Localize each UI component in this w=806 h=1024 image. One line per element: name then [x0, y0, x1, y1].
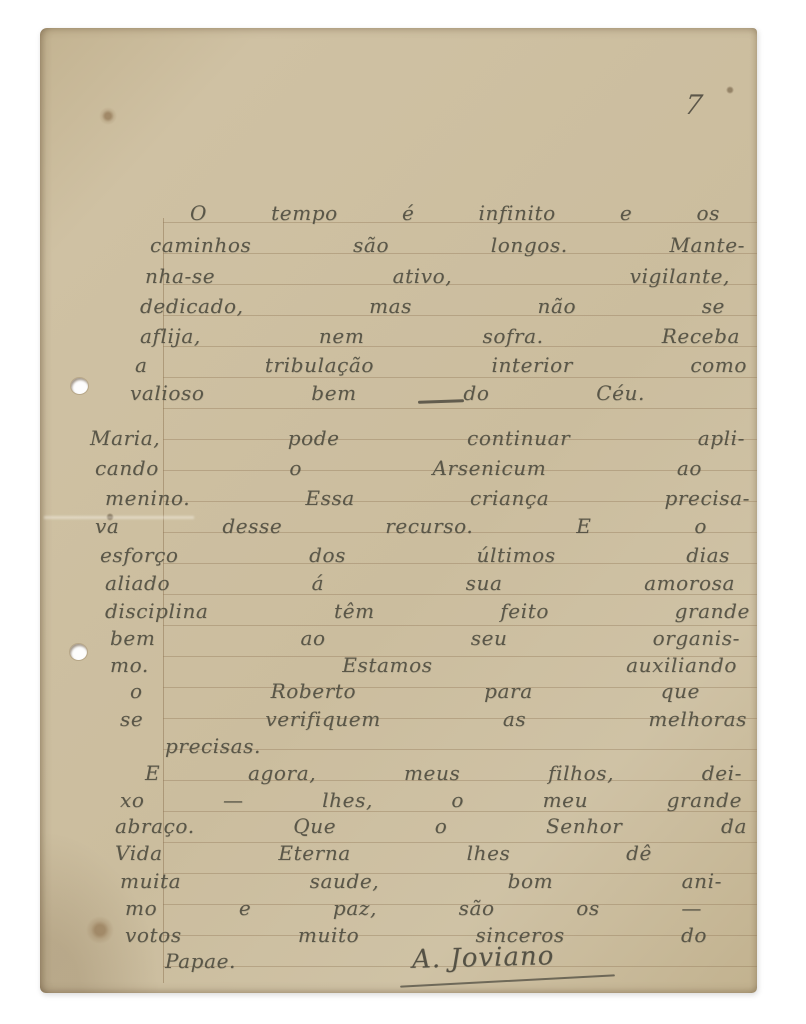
handwritten-line: O tempo é infinito e os: [190, 200, 720, 227]
handwritten-line: dedicado, mas não se: [140, 293, 725, 320]
handwritten-line: cando o Arsenicum ao: [95, 455, 702, 482]
handwritten-line: muita saude, bom ani-: [120, 868, 722, 895]
handwritten-line: caminhos são longos. Mante-: [150, 232, 745, 259]
handwritten-line: aflija, nem sofra. Receba: [140, 323, 740, 350]
letter-page: 7 O tempo é infinito e oscaminhos são lo…: [40, 28, 757, 993]
handwritten-line: aliado á sua amorosa: [105, 570, 735, 597]
handwritten-line: a tribulação interior como: [135, 352, 747, 379]
handwritten-line: abraço. Que o Senhor da: [115, 813, 747, 840]
handwritten-line: xo — lhes, o meu grande: [120, 787, 742, 814]
handwritten-line: mo e paz, são os —: [125, 895, 702, 922]
handwritten-line: bem ao seu organis-: [110, 625, 740, 652]
handwritten-line: mo. Estamos auxiliando: [110, 652, 737, 679]
handwritten-line: se verifiquem as melhoras: [120, 706, 747, 733]
handwritten-line: disciplina têm feito grande: [105, 598, 750, 625]
handwriting-layer: O tempo é infinito e oscaminhos são long…: [40, 28, 757, 993]
handwritten-line: Maria, pode continuar apli-: [90, 425, 745, 452]
handwritten-line: o Roberto para que: [130, 678, 700, 705]
handwritten-line: E agora, meus filhos, dei-: [145, 760, 742, 787]
handwritten-line: Papae.: [165, 948, 295, 975]
signature: A. Joviano: [412, 941, 555, 975]
scan-photo: 7 O tempo é infinito e oscaminhos são lo…: [0, 0, 806, 1024]
handwritten-line: Vida Eterna lhes dê: [115, 840, 652, 867]
handwritten-line: valioso bem do Céu.: [130, 380, 645, 407]
handwritten-line: precisas.: [165, 733, 305, 760]
handwritten-line: esforço dos últimos dias: [100, 542, 730, 569]
handwritten-line: va desse recurso. E o: [95, 513, 707, 540]
handwritten-line: nha-se ativo, vigilante,: [145, 263, 730, 290]
handwritten-line: menino. Essa criança precisa-: [105, 485, 750, 512]
